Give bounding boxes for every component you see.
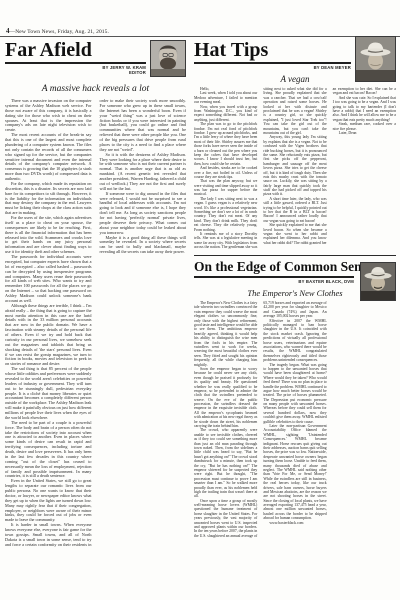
paragraph: www.baxterblack.com [263, 521, 326, 525]
paragraph: Soon the emperor began to worry because … [194, 367, 257, 428]
far-afield-byline: BY JERRY W. KRAM EDITOR [5, 65, 146, 75]
meyer-photo [355, 36, 396, 82]
folio-text: —New Town News, Friday, Aug. 21, 2015. [10, 29, 109, 35]
paragraph: Effective in 2007 the WMHL politically m… [263, 319, 326, 363]
meyer-portrait-svg [356, 37, 395, 81]
far-afield-rule [5, 62, 146, 64]
far-afield-article-title: A massive hack reveals a lot [5, 84, 186, 94]
paragraph: Anyway, this young lady I'm sitting by e… [263, 135, 326, 196]
paragraph: There was a massive invasion on the comp… [5, 99, 92, 133]
black-portrait-svg [361, 263, 395, 300]
paragraph: The Emperor's New Clothes is a fairy tal… [194, 301, 257, 367]
far-afield-header: Far Afield BY JERRY W. KRAM EDITOR [5, 39, 186, 75]
paragraph: The lady I was sitting next to was a veg… [194, 197, 257, 232]
paragraph: And besides, steaks are to be cooked ove… [194, 166, 257, 179]
top-rule [0, 36, 400, 37]
far-afield-section: Far Afield BY JERRY W. KRAM EDITOR A mas… [5, 39, 186, 551]
paragraph: For the users of the site, which again a… [5, 216, 92, 255]
paragraph: The passwords for individual accounts we… [5, 255, 92, 304]
hat-tips-body: Hello,Last week, when I told you about o… [194, 87, 396, 253]
hat-tips-byline: BY DEAN MEYER [194, 65, 351, 70]
kram-photo [150, 40, 186, 77]
paragraph: Even in the United States, we still go t… [5, 479, 92, 523]
common-sense-byline-name: BY BAXTER BLACK, DVM [194, 279, 354, 284]
hat-tips-section: Hat Tips BY DEAN MEYER A vegan Hello,Las… [194, 39, 396, 253]
paragraph: Later the non-partisan Government Accoun… [263, 424, 326, 521]
hat-tips-byline-name: BY DEAN MEYER [194, 65, 351, 70]
folio-line: 4—New Town News, Friday, Aug. 21, 2015. [6, 27, 109, 35]
paragraph: The need to be part of a couple is a pow… [5, 421, 92, 480]
common-sense-section: On the Edge of Common Sense BY BAXTER BL… [194, 255, 396, 541]
paragraph: A short time later, the lady, who was st… [263, 197, 326, 223]
common-sense-byline: BY BAXTER BLACK, DVM [194, 279, 354, 284]
paragraph: Although these things are terrible, I th… [5, 304, 92, 367]
paragraph: The most recent accounts of the break-in… [5, 133, 92, 182]
far-afield-body: There was a massive invasion on the comp… [5, 99, 186, 551]
paragraph: That was the plan anyway, but we were vi… [194, 179, 257, 197]
paragraph: The sad thing is that 85 percent of the … [5, 367, 92, 421]
paragraph: The plan was to go to the pitchfork fond… [194, 122, 257, 166]
newspaper-page: 4—New Town News, Friday, Aug. 21, 2015. … [0, 0, 400, 600]
black-photo [360, 262, 396, 301]
hat-tips-header: Hat Tips BY DEAN MEYER [194, 39, 396, 70]
paragraph: So it is with the denizens of Ashley Mad… [100, 153, 187, 192]
paragraph: Now, when you travel with a group from W… [194, 105, 257, 123]
kram-portrait-svg [151, 41, 185, 76]
common-sense-rule [194, 276, 354, 278]
paragraph: For the company, which made its reputati… [5, 182, 92, 216]
far-afield-byline-role: EDITOR [5, 70, 146, 75]
paragraph: Steak, medium rare, cooked over a nice f… [333, 122, 396, 131]
paragraph: Maybe it is a good thing all these thing… [100, 236, 187, 256]
paragraph: Last week, when I told you about our Med… [194, 91, 257, 104]
common-sense-header: On the Edge of Common Sense BY BAXTER BL… [194, 259, 396, 284]
paragraph: The tragedy began. What was going to hap… [263, 363, 326, 424]
common-sense-body: The Emperor's New Clothes is a fairy tal… [194, 301, 396, 541]
paragraph: The crowd, who apparently were unable to… [194, 428, 257, 498]
paragraph: If someone were to dig around in the fil… [100, 192, 187, 236]
paragraph: And she was cute. So I explained that I … [333, 96, 396, 122]
paragraph: Later, Dean [333, 131, 396, 135]
hat-tips-rule [194, 62, 351, 64]
